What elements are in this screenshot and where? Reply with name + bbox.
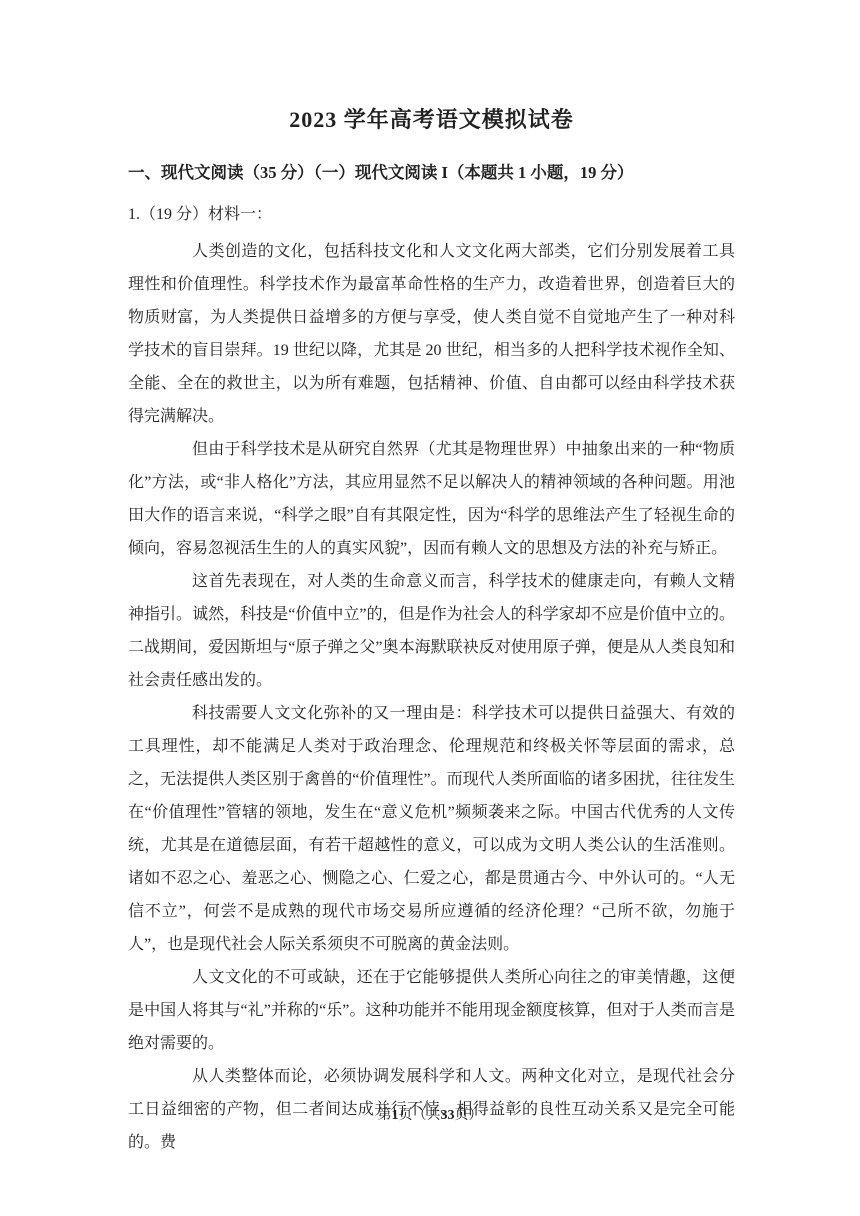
footer-total-pages: 33: [441, 1108, 455, 1123]
body-paragraph-1: 人类创造的文化，包括科技文化和人文文化两大部类，它们分别发展着工具理性和价值理性…: [128, 235, 735, 433]
body-paragraph-5: 人文文化的不可或缺，还在于它能够提供人类所心向往之的审美情趣，这便是中国人将其与…: [128, 961, 735, 1060]
page-title: 2023 学年高考语文模拟试卷: [128, 104, 735, 136]
footer-page-number: 1: [392, 1108, 399, 1123]
body-paragraph-4: 科技需要人文文化弥补的又一理由是：科学技术可以提供日益强大、有效的工具理性，却不…: [128, 697, 735, 961]
body-paragraph-2: 但由于科学技术是从研究自然界（尤其是物理世界）中抽象出来的一种“物质化”方法，或…: [128, 433, 735, 565]
section-heading: 一、现代文阅读（35 分）（一）现代文阅读 I（本题共 1 小题，19 分）: [128, 160, 735, 186]
body-paragraph-3: 这首先表现在，对人类的生命意义而言，科学技术的健康走向，有赖人文精神指引。诚然，…: [128, 565, 735, 697]
footer-prefix: 第: [378, 1108, 392, 1123]
exam-paper-page: 2023 学年高考语文模拟试卷 一、现代文阅读（35 分）（一）现代文阅读 I（…: [0, 0, 860, 1216]
question-lead: 1.（19 分）材料一：: [128, 203, 735, 227]
footer-middle: 页（共: [399, 1108, 441, 1123]
page-footer: 第1页（共33页）: [0, 1106, 860, 1126]
footer-suffix: 页）: [455, 1108, 483, 1123]
